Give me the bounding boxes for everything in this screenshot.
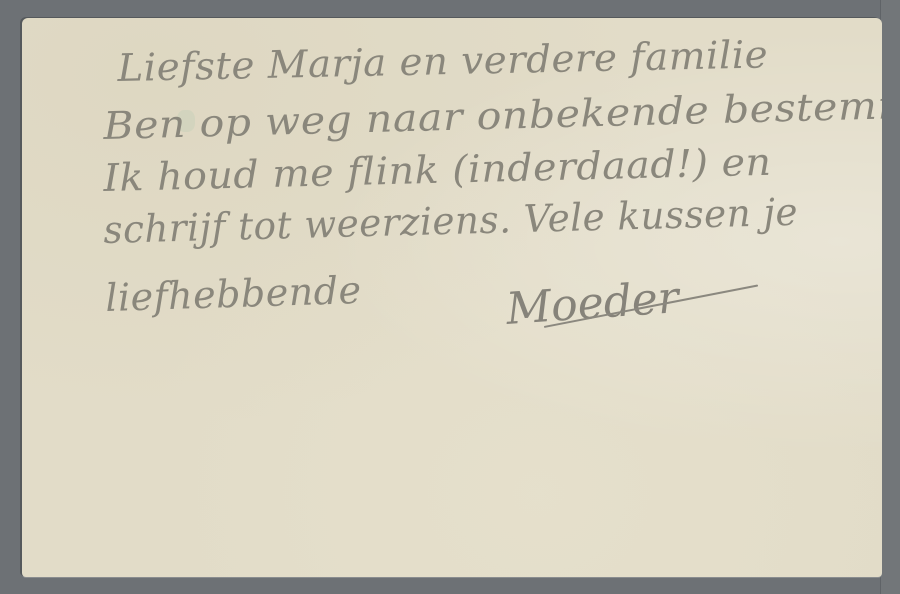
handwritten-line-salutation: Liefste Marja en verdere familie [117, 32, 768, 90]
scanner-background-strip [880, 0, 900, 594]
handwritten-line-2: Ben op weg naar onbekende bestemming [103, 81, 882, 148]
postcard: Liefste Marja en verdere familie Ben op … [22, 18, 882, 577]
handwritten-line-4: schrijf tot weerziens. Vele kussen je [103, 190, 799, 252]
handwritten-line-closing: liefhebbende [105, 268, 363, 320]
handwritten-line-3: Ik houd me flink (inderdaad!) en [103, 140, 772, 200]
